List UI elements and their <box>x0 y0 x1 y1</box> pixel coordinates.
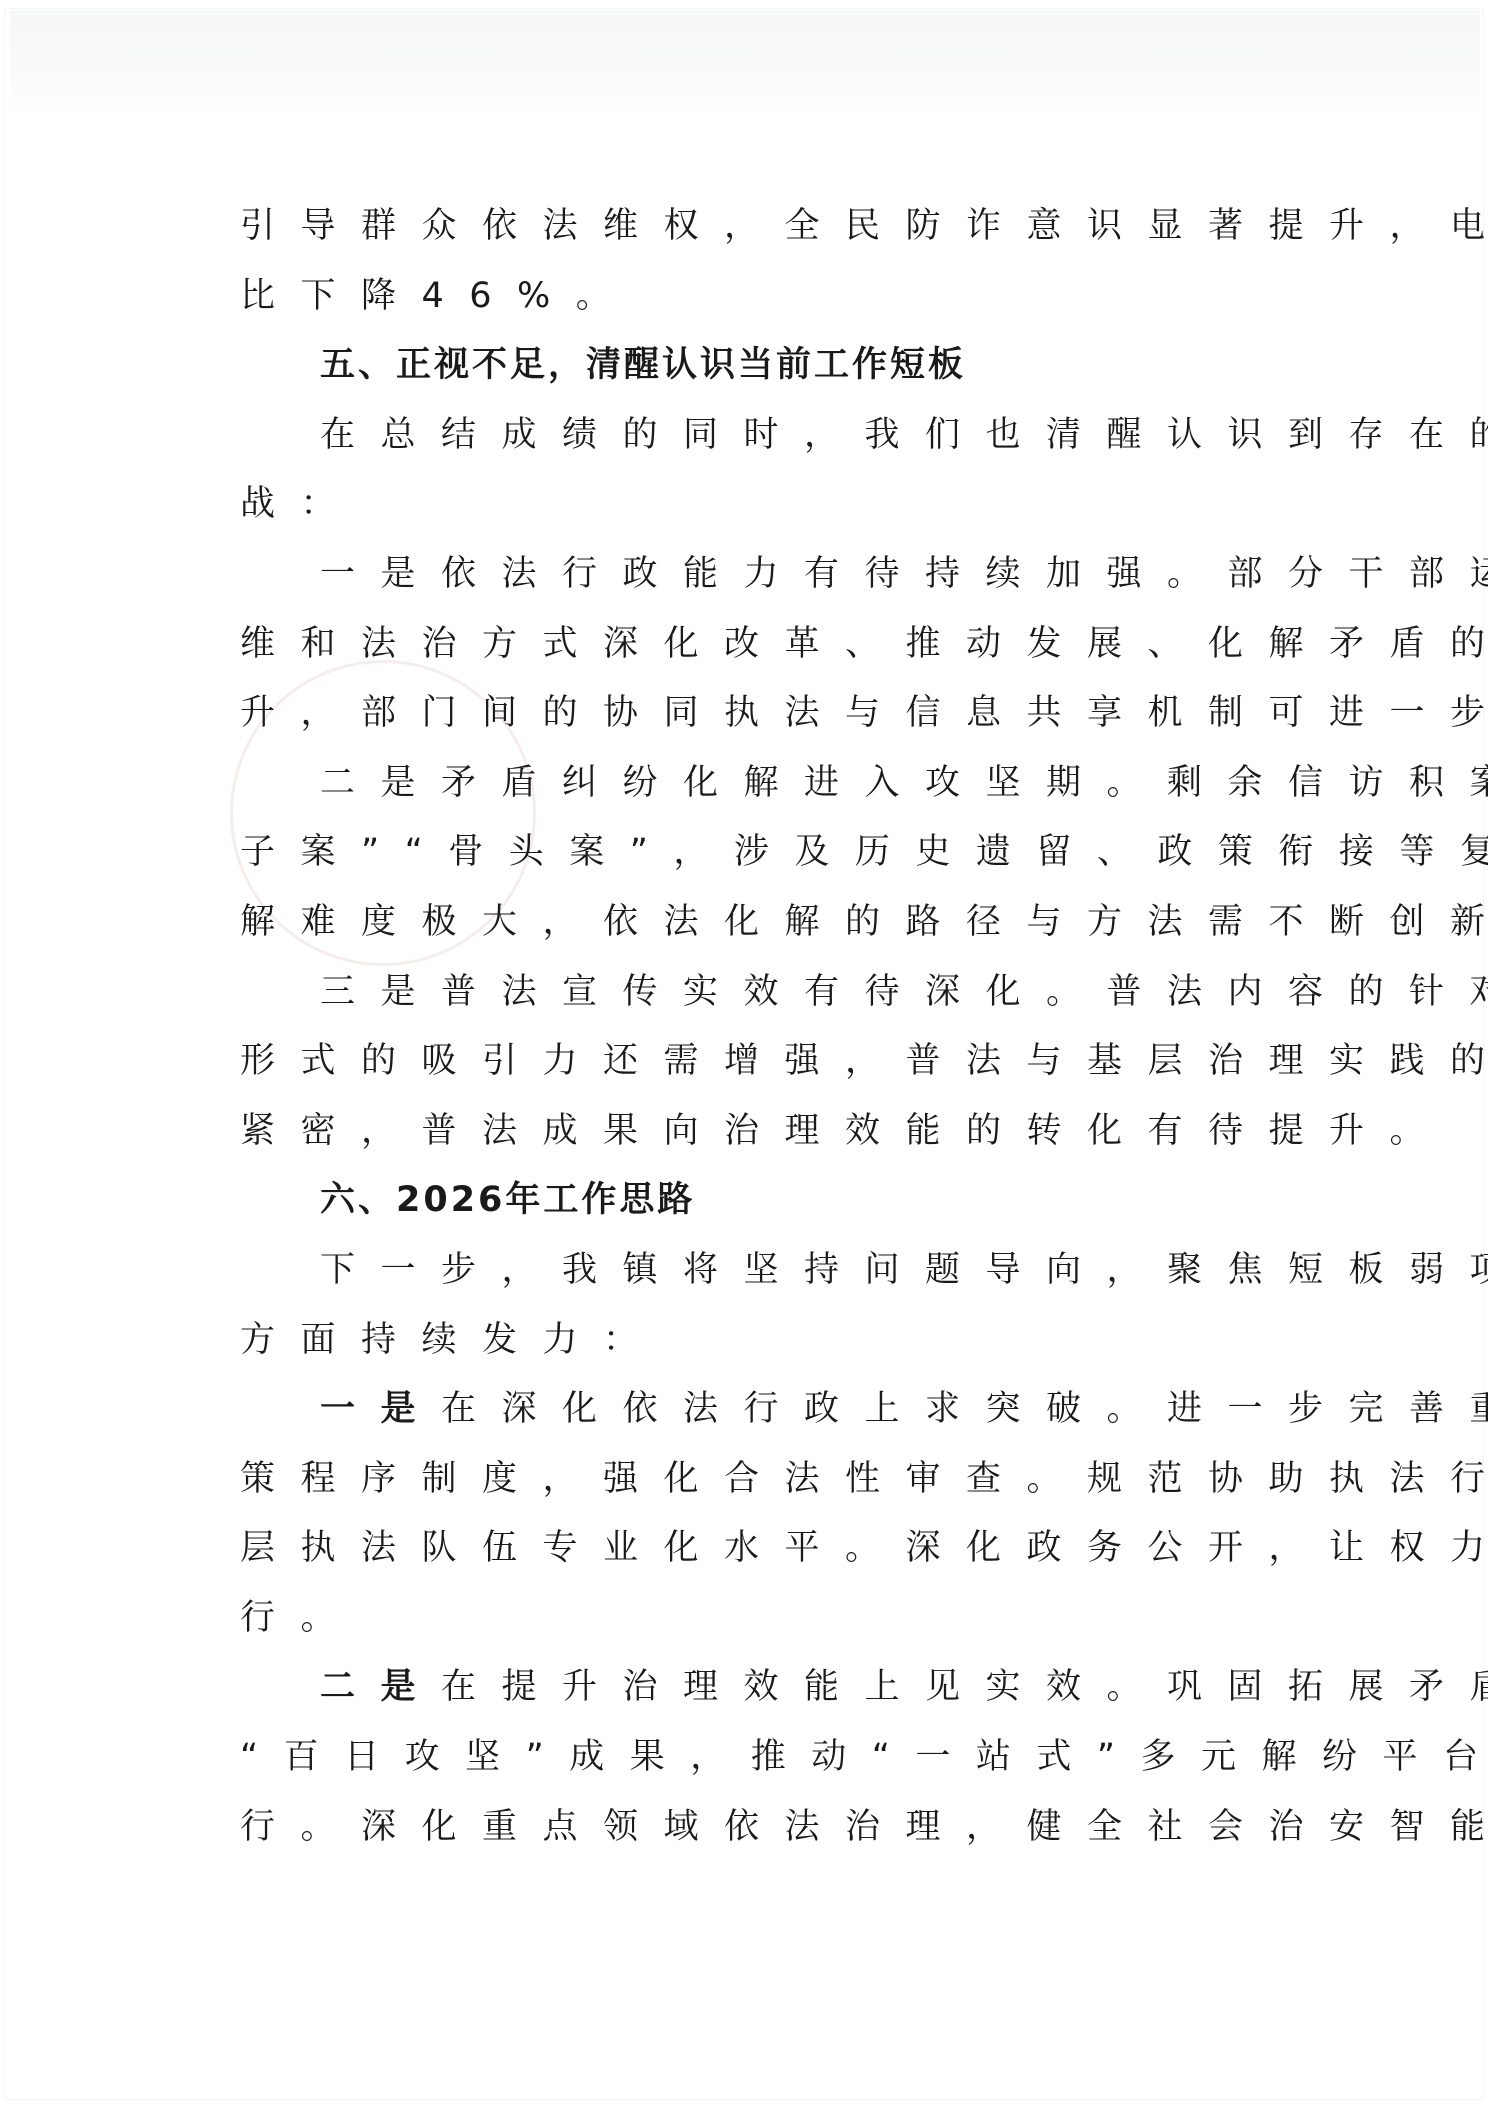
paragraph-line: 行。 <box>240 1584 1280 1654</box>
paragraph-line: 比下降46%。 <box>240 262 1280 332</box>
paragraph-line: 下一步，我镇将坚持问题导向，聚焦短板弱项，从以下 <box>240 1236 1280 1306</box>
paragraph-line: 二是矛盾纠纷化解进入攻坚期。剩余信访积案多为“钉 <box>240 749 1280 819</box>
paragraph-line: 三是普法宣传实效有待深化。普法内容的针对性和宣传 <box>240 958 1280 1028</box>
paragraph-text: 在提升治理效能上见实效。巩固拓展矛盾纠纷化解 <box>441 1667 1488 1707</box>
paragraph-line: 引导群众依法维权，全民防诈意识显著提升，电诈发案数同 <box>240 192 1280 262</box>
paragraph-line: 维和法治方式深化改革、推动发展、化解矛盾的能力仍需提 <box>240 610 1280 680</box>
paragraph-line: 二是在提升治理效能上见实效。巩固拓展矛盾纠纷化解 <box>240 1653 1280 1723</box>
paragraph-line: 一是在深化依法行政上求突破。进一步完善重大行政决 <box>240 1375 1280 1445</box>
paragraph-line: 解难度极大，依法化解的路径与方法需不断创新。 <box>240 888 1280 958</box>
paragraph-line: 一是依法行政能力有待持续加强。部分干部运用法治思 <box>240 540 1280 610</box>
paragraph-line: 升，部门间的协同执法与信息共享机制可进一步优化。 <box>240 679 1280 749</box>
paragraph-line: 在总结成绩的同时，我们也清醒认识到存在的问题与挑 <box>240 401 1280 471</box>
section-heading-6: 六、2026年工作思路 <box>240 1166 1280 1236</box>
paragraph-line: 子案”“骨头案”，涉及历史遗留、政策衔接等复杂因素，化 <box>240 818 1280 888</box>
paragraph-line: 战： <box>240 470 1280 540</box>
paragraph-line: 层执法队伍专业化水平。深化政务公开，让权力在阳光下运 <box>240 1514 1280 1584</box>
scan-artifact-top <box>10 10 1480 120</box>
paragraph-line: 紧密，普法成果向治理效能的转化有待提升。 <box>240 1097 1280 1167</box>
paragraph-line: “百日攻坚”成果，推动“一站式”多元解纷平台实质化运 <box>240 1723 1280 1793</box>
section-heading-5: 五、正视不足，清醒认识当前工作短板 <box>240 331 1280 401</box>
paragraph-text: 在深化依法行政上求突破。进一步完善重大行政决 <box>441 1389 1488 1429</box>
paragraph-line: 行。深化重点领域依法治理，健全社会治安智能防控体系。 <box>240 1793 1280 1863</box>
paragraph-line: 形式的吸引力还需增强，普法与基层治理实践的结合需更加 <box>240 1027 1280 1097</box>
paragraph-line: 策程序制度，强化合法性审查。规范协助执法行为，提升基 <box>240 1445 1280 1515</box>
paragraph-line: 方面持续发力： <box>240 1306 1280 1376</box>
document-body: 引导群众依法维权，全民防诈意识显著提升，电诈发案数同 比下降46%。 五、正视不… <box>240 192 1280 1862</box>
bold-lead: 一是 <box>320 1389 441 1429</box>
bold-lead: 二是 <box>320 1667 441 1707</box>
